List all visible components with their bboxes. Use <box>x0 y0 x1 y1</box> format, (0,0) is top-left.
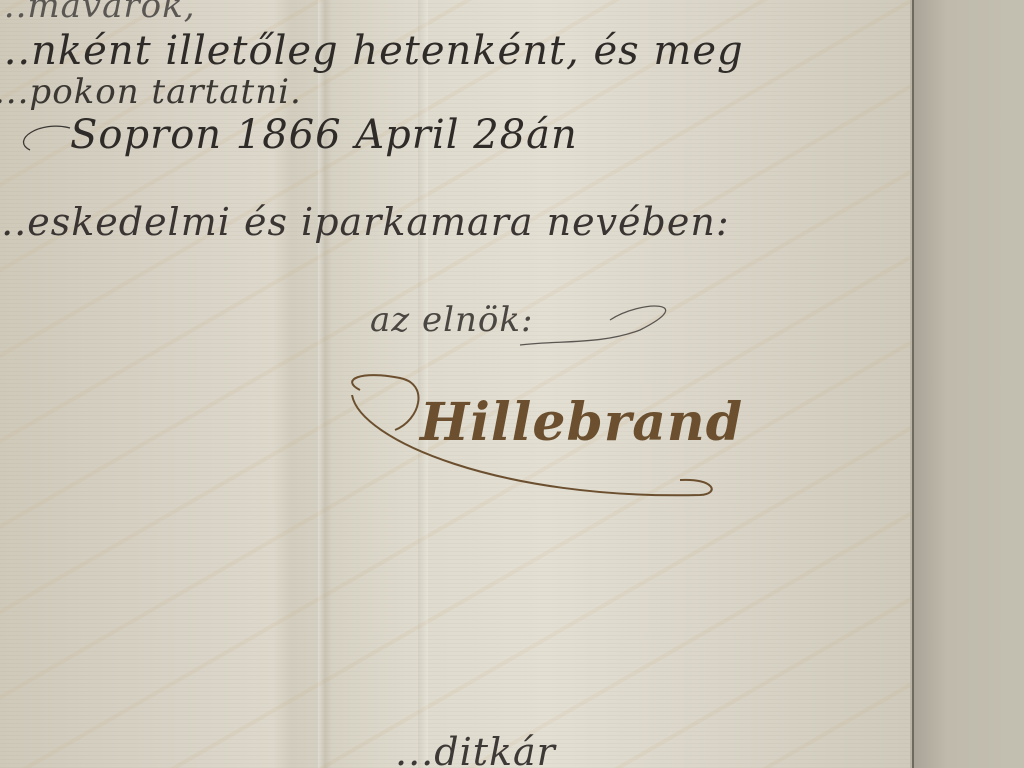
letter-page: ...mavarók, ...nként illetőleg hetenként… <box>0 0 910 768</box>
signature-flourish <box>0 0 910 768</box>
adjacent-page <box>912 0 1024 768</box>
